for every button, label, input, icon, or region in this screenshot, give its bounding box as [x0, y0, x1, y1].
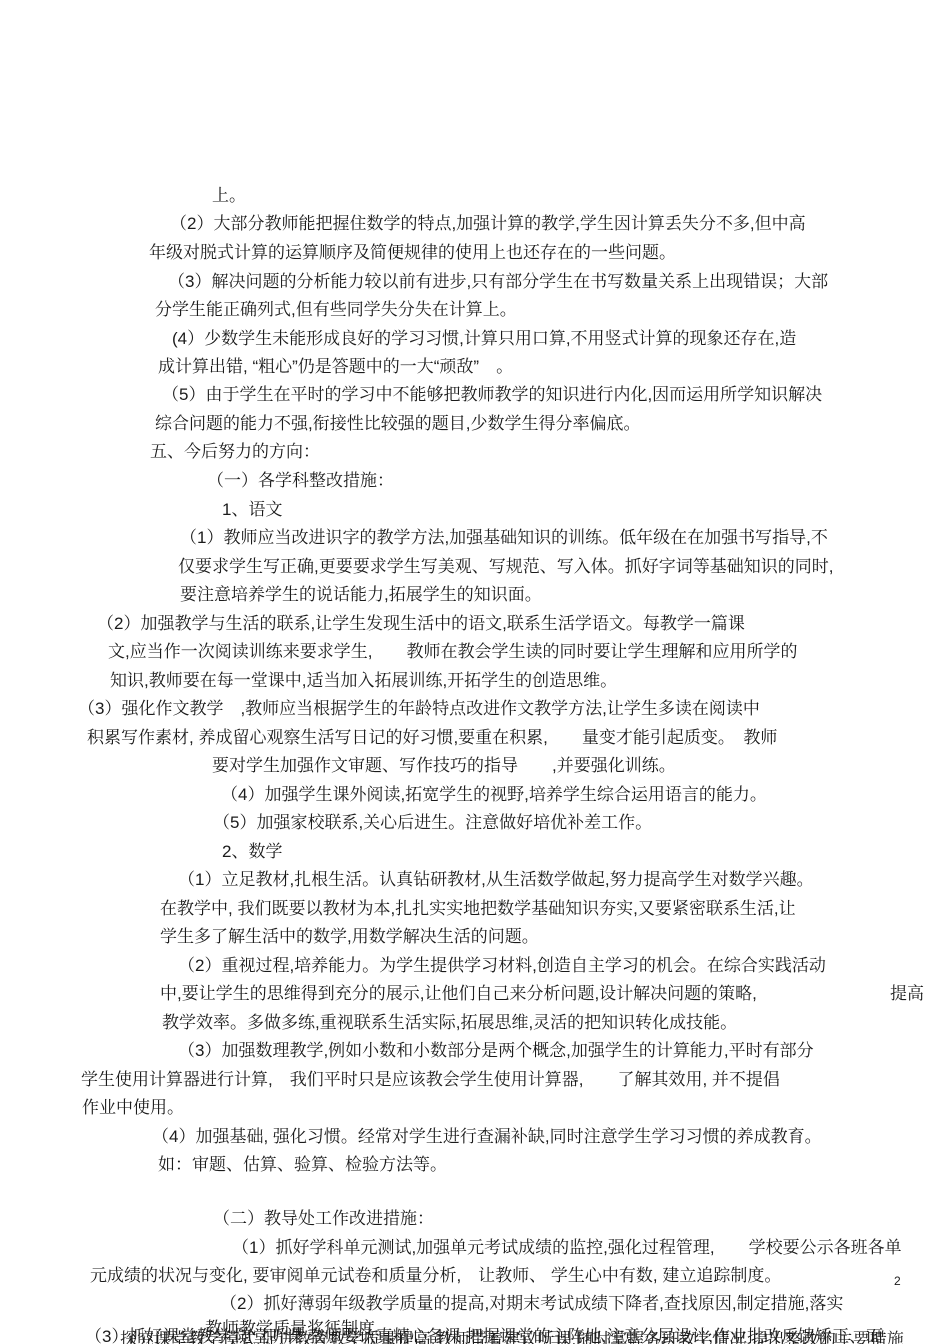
text-line: 学生多了解生活中的数学,用数学解决生活的问题。 — [160, 926, 539, 947]
text-line: (4）少数学生未能形成良好的学习习惯,计算只用口算,不用竖式计算的现象还存在,造 — [172, 328, 796, 349]
text-line: 要对学生加强作文审题、写作技巧的指导 ,并要强化训练。 — [212, 755, 676, 776]
text-line: 上。 — [212, 185, 246, 206]
text-line: 文,应当作一次阅读训练来要求学生, 教师在教会学生读的同时要让学生理解和应用所学… — [108, 641, 797, 662]
text-line: 积累写作素材, 养成留心观察生活写日记的好习惯,要重在积累, 量变才能引起质变。… — [87, 727, 777, 748]
text-line: 学生使用计算器进行计算, 我们平时只是应该教会学生使用计算器, 了解其效用, 并… — [81, 1069, 780, 1090]
text-line: （1）立足教材,扎根生活。认真钻研教材,从生活数学做起,努力提高学生对数学兴趣。 — [178, 869, 814, 890]
text-line: （4）加强基础, 强化习惯。经常对学生进行查漏补缺,同时注意学生学习习惯的养成教… — [152, 1126, 822, 1147]
text-line: 在教学中, 我们既要以教材为本,扎扎实实地把数学基础知识夯实,又要紧密联系生活,… — [160, 898, 796, 919]
text-line: 2、数学 — [222, 841, 282, 862]
text-line: 知识,教师要在每一堂课中,适当加入拓展训练,开拓学生的创造思维。 — [110, 670, 617, 691]
text-line: （3）解决问题的分析能力较以前有进步,只有部分学生在书写数量关系上出现错误；大部 — [168, 271, 828, 292]
text-line: （2）大部分教师能把握住数学的特点,加强计算的教学,学生因计算丢失分不多,但中高 — [170, 213, 806, 234]
text-line: 分学生能正确列式,但有些同学失分失在计算上。 — [155, 299, 517, 320]
text-line: 教学效率。多做多练,重视联系生活实际,拓展思维,灵活的把知识转化成技能。 — [162, 1012, 737, 1033]
text-line: （5）由于学生在平时的学习中不能够把教师教学的知识进行内化,因而运用所学知识解决 — [162, 384, 822, 405]
text-line: 作业中使用。 — [82, 1097, 184, 1118]
text-line: 仅要求学生写正确,更要要求学生写美观、写规范、写入体。抓好字词等基础知识的同时, — [178, 556, 833, 577]
text-line: 元成绩的状况与变化, 要审阅单元试卷和质量分析, 让教师、 学生心中有数, 建立… — [90, 1265, 781, 1286]
document-page: 上。（2）大部分教师能把握住数学的特点,加强计算的教学,学生因计算丢失分不多,但… — [0, 0, 950, 1344]
text-line: 综合问题的能力不强,衔接性比较强的题目,少数学生得分率偏底。 — [155, 413, 640, 434]
text-line: （3）强化作文教学 ,教师应当根据学生的年龄特点改进作文教学方法,让学生多读在阅… — [78, 698, 760, 719]
text-line: （2）重视过程,培养能力。为学生提供学习材料,创造自主学习的机会。在综合实践活动 — [178, 955, 826, 976]
page-number: 2 — [894, 1274, 901, 1288]
text-line: （一）各学科整改措施： — [207, 470, 394, 491]
text-line: （2）加强教学与生活的联系,让学生发现生活中的语文,联系生活学语文。每教学一篇课 — [97, 613, 745, 634]
text-line: 五、今后努力的方向： — [150, 441, 320, 462]
text-line: （3）加强数理教学,例如小数和小数部分是两个概念,加强学生的计算能力,平时有部分 — [178, 1040, 814, 1061]
text-line: 提高 — [890, 983, 924, 1004]
text-line: （4）加强学生课外阅读,拓宽学生的视野,培养学生综合运用语言的能力。 — [221, 784, 767, 805]
overlapped-text-line: 探究课堂教学模式,促进教育教学质量提高,教师带着建议听课,随时掌握各班教学情况,… — [120, 1329, 904, 1344]
text-line: 要注意培养学生的说话能力,拓展学生的知识面。 — [180, 584, 542, 605]
text-line: 成计算出错, “粗心”仍是答题中的一大“顽敌” 。 — [158, 356, 513, 377]
text-line: 如：审题、估算、验算、检验方法等。 — [158, 1154, 447, 1175]
text-line: （5）加强家校联系,关心后进生。注意做好培优补差工作。 — [213, 812, 652, 833]
text-line: 1、语文 — [222, 499, 282, 520]
text-line: 中,要让学生的思维得到充分的展示,让他们自己来分析问题,设计解决问题的策略, — [160, 983, 757, 1004]
text-line: （二）教导处工作改进措施： — [213, 1208, 434, 1229]
text-line: （1）教师应当改进识字的教学方法,加强基础知识的训练。低年级在在加强书写指导,不 — [180, 527, 828, 548]
text-line: （2）抓好薄弱年级教学质量的提高,对期末考试成绩下降者,查找原因,制定措施,落实 — [220, 1293, 843, 1314]
text-line: （1）抓好学科单元测试,加强单元考试成绩的监控,强化过程管理, 学校要公示各班各… — [232, 1237, 902, 1258]
text-line: 年级对脱式计算的运算顺序及简便规律的使用上也还存在的一些问题。 — [149, 242, 676, 263]
